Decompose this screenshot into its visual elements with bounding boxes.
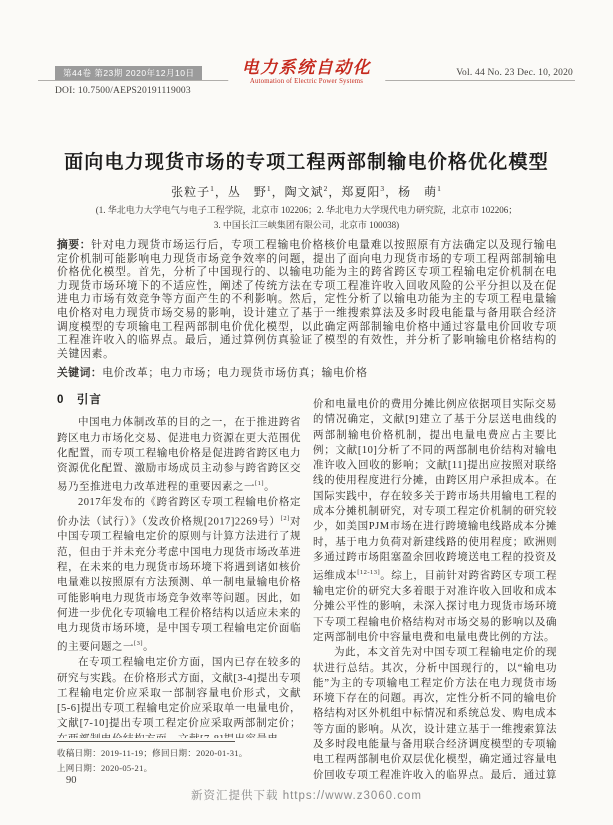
affiliation-line-1: (1. 华北电力大学电气与电子工程学院，北京市 102206；2. 华北电力大学… <box>0 203 613 218</box>
paragraph-left-2: 2017年发布的《跨省跨区专项工程输电价格定价办法（试行）》（发改价格规[201… <box>57 495 301 655</box>
body-right-column: 价和电量电价的费用分摊比例应依据项目实际交易的情况确定，文献[9]建立了基于分层… <box>313 397 557 779</box>
body-left-column: 0 引言 中国电力体制改革的目的之一，在于推进跨省跨区电力市场化交易、促进电力资… <box>57 393 301 738</box>
journal-name-cn: 电力系统自动化 <box>242 58 372 77</box>
abstract-text: 针对电力现货市场运行后，专项工程输电价格核价电量难以按照原有方法确定以及现行输电… <box>57 239 557 360</box>
abstract-label: 摘要： <box>57 239 91 251</box>
doi-text: DOI: 10.7500/AEPS20191119003 <box>55 86 191 96</box>
keywords-block: 关键词：电价改革；电力市场；电力现货市场仿真；输电价格 <box>57 365 557 380</box>
paragraph-right-1: 价和电量电价的费用分摊比例应依据项目实际交易的情况确定，文献[9]建立了基于分层… <box>313 397 557 645</box>
received-date-line: 收稿日期：2019-11-19；修回日期：2020-01-31。 <box>57 746 248 761</box>
affiliation-line-2: 3. 中国长江三峡集团有限公司，北京市 100038) <box>0 218 613 233</box>
page-number: 90 <box>66 775 77 786</box>
issue-badge: 第44卷 第23期 2020年12月10日 <box>55 66 202 80</box>
paragraph-left-3: 在专项工程输电定价方面，国内已存在较多的研究与实践。在价格形式方面，文献[3-4… <box>57 655 301 738</box>
section-heading: 0 引言 <box>57 393 301 408</box>
paragraph-right-2: 为此，本文首先对中国专项工程输电定价的现状进行总结。其次，分析中国现行的，以“输… <box>313 645 557 779</box>
affiliations: (1. 华北电力大学电气与电子工程学院，北京市 102206；2. 华北电力大学… <box>0 203 613 233</box>
paper-title: 面向电力现货市场的专项工程两部制输电价格优化模型 <box>0 147 613 174</box>
keywords-label: 关键词： <box>57 367 102 379</box>
issue-info-en: Vol. 44 No. 23 Dec. 10, 2020 <box>456 68 573 78</box>
journal-logo: 电力系统自动化 Automation of Electric Power Sys… <box>228 58 386 85</box>
paragraph-left-1: 中国电力体制改革的目的之一，在于推进跨省跨区电力市场化交易、促进电力资源在更大范… <box>57 415 301 495</box>
download-watermark: 新资汇提供下载 https://www.z3060.com <box>0 787 613 803</box>
journal-name-en: Automation of Electric Power Systems <box>242 78 372 85</box>
online-date-line: 上网日期：2020-05-21。 <box>57 761 248 776</box>
authors-line: 张粒子1，丛 野1，陶文斌2，郑夏阳3，杨 萌1 <box>0 183 613 200</box>
footnote-dates: 收稿日期：2019-11-19；修回日期：2020-01-31。 上网日期：20… <box>57 746 248 776</box>
footnote-divider <box>57 741 235 742</box>
journal-page: 第44卷 第23期 2020年12月10日 DOI: 10.7500/AEPS2… <box>0 0 613 825</box>
abstract-block: 摘要：针对电力现货市场运行后，专项工程输电价格核价电量难以按照原有方法确定以及现… <box>57 239 557 361</box>
keywords-text: 电价改革；电力市场；电力现货市场仿真；输电价格 <box>102 367 368 379</box>
